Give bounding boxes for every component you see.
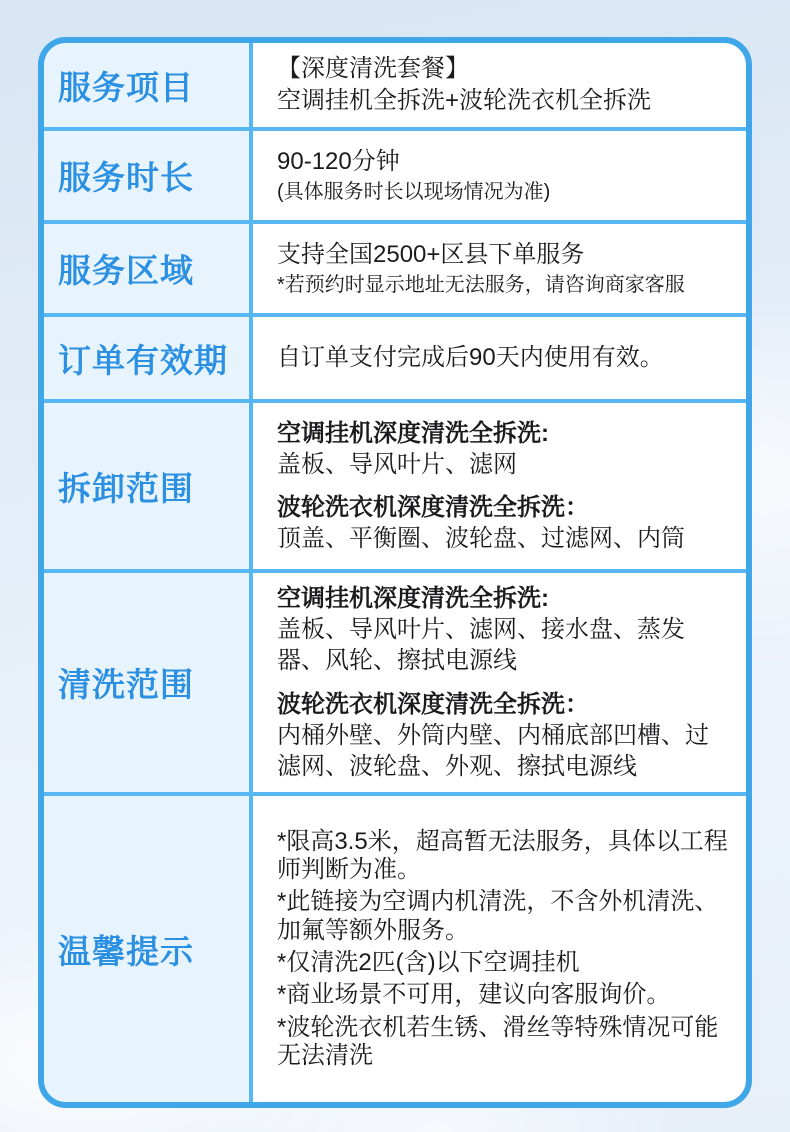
cleaning-washer-title: 波轮洗衣机深度清洗全拆洗： bbox=[277, 689, 732, 720]
row-content-cell: 支持全国2500+区县下单服务 *若预约时显示地址无法服务，请咨询商家客服 bbox=[253, 224, 746, 313]
disassembly-ac-section: 空调挂机深度清洗全拆洗: 盖板、导风叶片、滤网 bbox=[277, 418, 732, 480]
order-validity-value: 自订单支付完成后90天内使用有效。 bbox=[277, 342, 732, 374]
disassembly-washer-section: 波轮洗衣机深度清洗全拆洗： 顶盖、平衡圈、波轮盘、过滤网、内筒 bbox=[277, 492, 732, 554]
row-label-tips: 温馨提示 bbox=[58, 926, 194, 973]
row-label-service-area: 服务区域 bbox=[58, 245, 194, 292]
cleaning-ac-title: 空调挂机深度清洗全拆洗: bbox=[277, 583, 732, 614]
row-label-cell: 温馨提示 bbox=[44, 796, 253, 1102]
row-label-disassembly-scope: 拆卸范围 bbox=[58, 463, 194, 510]
row-content-cell: 自订单支付完成后90天内使用有效。 bbox=[253, 317, 746, 399]
cleaning-ac-section: 空调挂机深度清洗全拆洗: 盖板、导风叶片、滤网、接水盘、蒸发器、风轮、擦拭电源线 bbox=[277, 583, 732, 677]
row-label-cleaning-scope: 清洗范围 bbox=[58, 659, 194, 706]
service-info-card: 服务项目 【深度清洗套餐】 空调挂机全拆洗+波轮洗衣机全拆洗 服务时长 90-1… bbox=[38, 37, 752, 1108]
table-row-disassembly-scope: 拆卸范围 空调挂机深度清洗全拆洗: 盖板、导风叶片、滤网 波轮洗衣机深度清洗全拆… bbox=[44, 399, 746, 569]
disassembly-ac-items: 盖板、导风叶片、滤网 bbox=[277, 449, 732, 480]
table-row-service-area: 服务区域 支持全国2500+区县下单服务 *若预约时显示地址无法服务，请咨询商家… bbox=[44, 220, 746, 313]
table-row-order-validity: 订单有效期 自订单支付完成后90天内使用有效。 bbox=[44, 313, 746, 399]
service-item-package-name: 【深度清洗套餐】 bbox=[277, 53, 732, 85]
service-item-package-detail: 空调挂机全拆洗+波轮洗衣机全拆洗 bbox=[277, 85, 732, 117]
row-label-cell: 订单有效期 bbox=[44, 317, 253, 399]
tip-height-limit: *限高3.5米，超高暂无法服务，具体以工程师判断为准。 bbox=[277, 828, 732, 885]
row-label-cell: 服务区域 bbox=[44, 224, 253, 313]
row-label-cell: 服务时长 bbox=[44, 131, 253, 220]
cleaning-washer-section: 波轮洗衣机深度清洗全拆洗： 内桶外壁、外筒内壁、内桶底部凹槽、过滤网、波轮盘、外… bbox=[277, 689, 732, 783]
tip-size-limit: *仅清洗2匹(含)以下空调挂机 bbox=[277, 949, 732, 977]
disassembly-washer-items: 顶盖、平衡圈、波轮盘、过滤网、内筒 bbox=[277, 523, 732, 554]
row-content-cell: *限高3.5米，超高暂无法服务，具体以工程师判断为准。 *此链接为空调内机清洗，… bbox=[253, 796, 746, 1102]
tip-commercial-unavailable: *商业场景不可用，建议向客服询价。 bbox=[277, 981, 732, 1009]
row-label-service-item: 服务项目 bbox=[58, 62, 194, 109]
table-row-cleaning-scope: 清洗范围 空调挂机深度清洗全拆洗: 盖板、导风叶片、滤网、接水盘、蒸发器、风轮、… bbox=[44, 569, 746, 792]
row-content-cell: 空调挂机深度清洗全拆洗: 盖板、导风叶片、滤网、接水盘、蒸发器、风轮、擦拭电源线… bbox=[253, 573, 746, 792]
table-row-service-item: 服务项目 【深度清洗套餐】 空调挂机全拆洗+波轮洗衣机全拆洗 bbox=[44, 43, 746, 127]
service-duration-value: 90-120分钟 bbox=[277, 146, 732, 178]
tip-indoor-unit-only: *此链接为空调内机清洗，不含外机清洗、加氟等额外服务。 bbox=[277, 888, 732, 945]
row-label-cell: 清洗范围 bbox=[44, 573, 253, 792]
row-label-cell: 服务项目 bbox=[44, 43, 253, 127]
cleaning-ac-items: 盖板、导风叶片、滤网、接水盘、蒸发器、风轮、擦拭电源线 bbox=[277, 614, 732, 676]
disassembly-ac-title: 空调挂机深度清洗全拆洗: bbox=[277, 418, 732, 449]
tip-washer-rust: *波轮洗衣机若生锈、滑丝等特殊情况可能无法清洗 bbox=[277, 1014, 732, 1071]
table-row-tips: 温馨提示 *限高3.5米，超高暂无法服务，具体以工程师判断为准。 *此链接为空调… bbox=[44, 792, 746, 1102]
row-content-cell: 【深度清洗套餐】 空调挂机全拆洗+波轮洗衣机全拆洗 bbox=[253, 43, 746, 127]
service-area-value: 支持全国2500+区县下单服务 bbox=[277, 239, 732, 271]
row-label-order-validity: 订单有效期 bbox=[58, 335, 228, 382]
cleaning-washer-items: 内桶外壁、外筒内壁、内桶底部凹槽、过滤网、波轮盘、外观、擦拭电源线 bbox=[277, 720, 732, 782]
row-label-service-duration: 服务时长 bbox=[58, 152, 194, 199]
disassembly-washer-title: 波轮洗衣机深度清洗全拆洗： bbox=[277, 492, 732, 523]
service-duration-note: (具体服务时长以现场情况为准) bbox=[277, 180, 732, 205]
row-label-cell: 拆卸范围 bbox=[44, 403, 253, 569]
table-row-service-duration: 服务时长 90-120分钟 (具体服务时长以现场情况为准) bbox=[44, 127, 746, 220]
service-area-note: *若预约时显示地址无法服务，请咨询商家客服 bbox=[277, 273, 732, 298]
row-content-cell: 空调挂机深度清洗全拆洗: 盖板、导风叶片、滤网 波轮洗衣机深度清洗全拆洗： 顶盖… bbox=[253, 403, 746, 569]
row-content-cell: 90-120分钟 (具体服务时长以现场情况为准) bbox=[253, 131, 746, 220]
